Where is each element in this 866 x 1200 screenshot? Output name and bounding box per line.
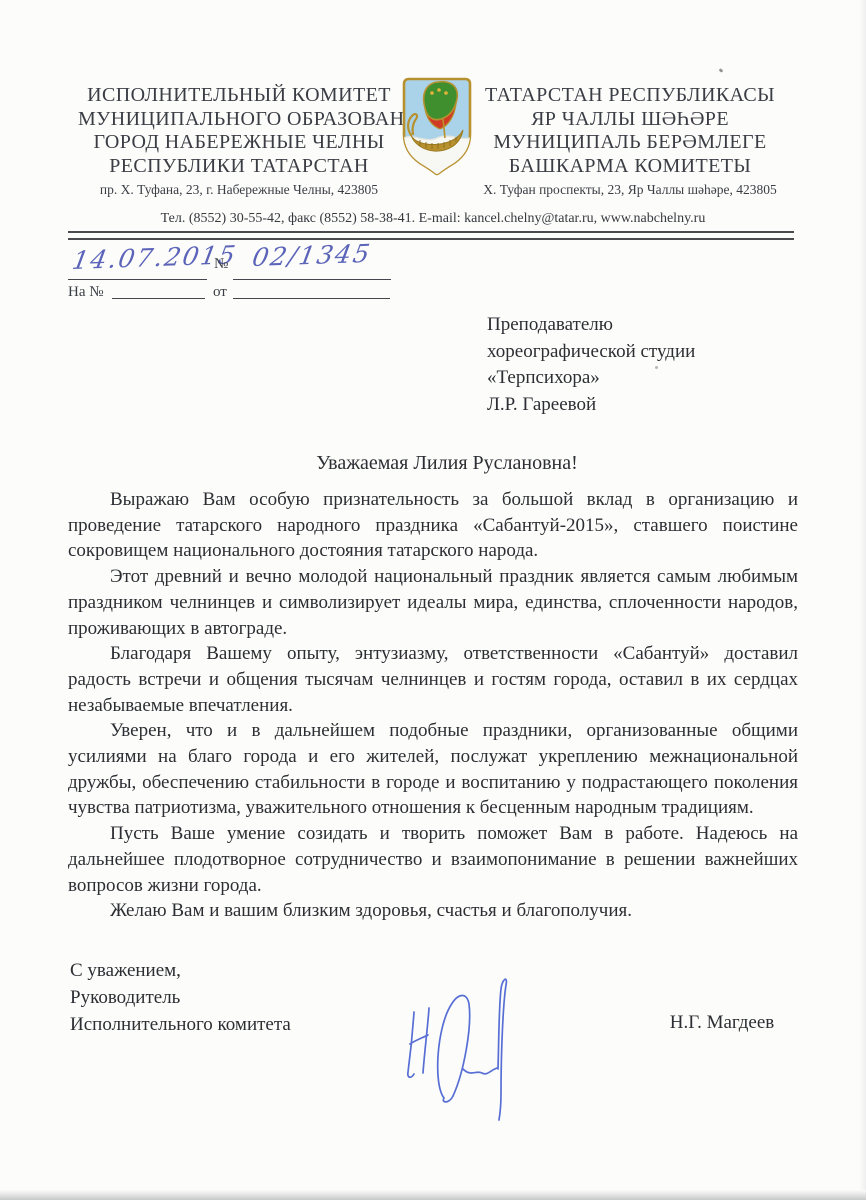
org-name-russian: ИСПОЛНИТЕЛЬНЫЙ КОМИТЕТ МУНИЦИПАЛЬНОГО ОБ…	[78, 84, 400, 178]
body-paragraph: Этот древний и вечно молодой национальны…	[68, 564, 798, 641]
scanned-letter-page: ИСПОЛНИТЕЛЬНЫЙ КОМИТЕТ МУНИЦИПАЛЬНОГО ОБ…	[0, 0, 866, 1200]
scan-speck	[655, 366, 658, 369]
body-paragraph: Желаю Вам и вашим близким здоровья, счас…	[68, 898, 798, 924]
closing-block: С уважением, Руководитель Исполнительног…	[70, 957, 291, 1038]
addressee-line: Преподавателю	[487, 312, 695, 339]
addressee-block: Преподавателю хореографической студии «Т…	[487, 312, 695, 418]
salutation: Уважаемая Лилия Руслановна!	[68, 452, 798, 475]
addressee-line: Л.Р. Гареевой	[487, 392, 695, 419]
scan-edge-bottom	[0, 1190, 866, 1200]
closing-line: Руководитель	[70, 984, 291, 1011]
body-paragraph: Благодаря Вашему опыту, энтузиазму, отве…	[68, 641, 798, 718]
org-name-line: МУНИЦИПАЛЬ БЕРӘМЛЕГЕ	[463, 131, 797, 155]
org-name-line: БАШКАРМА КОМИТЕТЫ	[463, 155, 797, 179]
header-divider	[68, 231, 794, 240]
scan-speck	[719, 68, 724, 73]
org-address-tatar: Х. Туфан проспекты, 23, Яр Чаллы шәһәре,…	[463, 182, 797, 198]
letter-body: Выражаю Вам особую признательность за бо…	[68, 487, 798, 924]
org-name-line: ТАТАРСТАН РЕСПУБЛИКАСЫ	[463, 84, 797, 108]
reply-from-label: от	[213, 284, 227, 301]
handwritten-signature	[383, 972, 563, 1137]
org-name-line: ГОРОД НАБЕРЕЖНЫЕ ЧЕЛНЫ	[78, 131, 400, 155]
reply-number-label: На №	[68, 284, 104, 301]
closing-line: С уважением,	[70, 957, 291, 984]
org-name-line: ЯР ЧАЛЛЫ ШӘҺӘРЕ	[463, 108, 797, 132]
org-address-russian: пр. Х. Туфана, 23, г. Набережные Челны, …	[78, 182, 400, 198]
closing-line: Исполнительного комитета	[70, 1011, 291, 1038]
org-name-line: РЕСПУБЛИКИ ТАТАРСТАН	[78, 155, 400, 179]
handwritten-number: 02/1345	[250, 239, 374, 272]
number-label: №	[214, 256, 228, 273]
reply-from-underline	[233, 282, 390, 299]
addressee-line: хореографической студии	[487, 339, 695, 366]
coat-of-arms-icon	[398, 76, 476, 178]
org-name-line: МУНИЦИПАЛЬНОГО ОБРАЗОВАНИЯ	[78, 108, 400, 132]
addressee-line: «Терпсихора»	[487, 365, 695, 392]
body-paragraph: Выражаю Вам особую признательность за бо…	[68, 487, 798, 564]
scan-edge-right	[859, 0, 866, 1200]
date-underline	[68, 263, 207, 280]
contact-line: Тел. (8552) 30-55-42, факс (8552) 58-38-…	[0, 211, 866, 227]
body-paragraph: Пусть Ваше умение созидать и творить пом…	[68, 821, 798, 898]
body-paragraph: Уверен, что и в дальнейшем подобные праз…	[68, 718, 798, 821]
reply-number-underline	[112, 282, 205, 299]
org-name-line: ИСПОЛНИТЕЛЬНЫЙ КОМИТЕТ	[78, 84, 400, 108]
org-name-tatar: ТАТАРСТАН РЕСПУБЛИКАСЫ ЯР ЧАЛЛЫ ШӘҺӘРЕ М…	[463, 84, 797, 178]
signer-name: Н.Г. Магдеев	[652, 1012, 792, 1034]
